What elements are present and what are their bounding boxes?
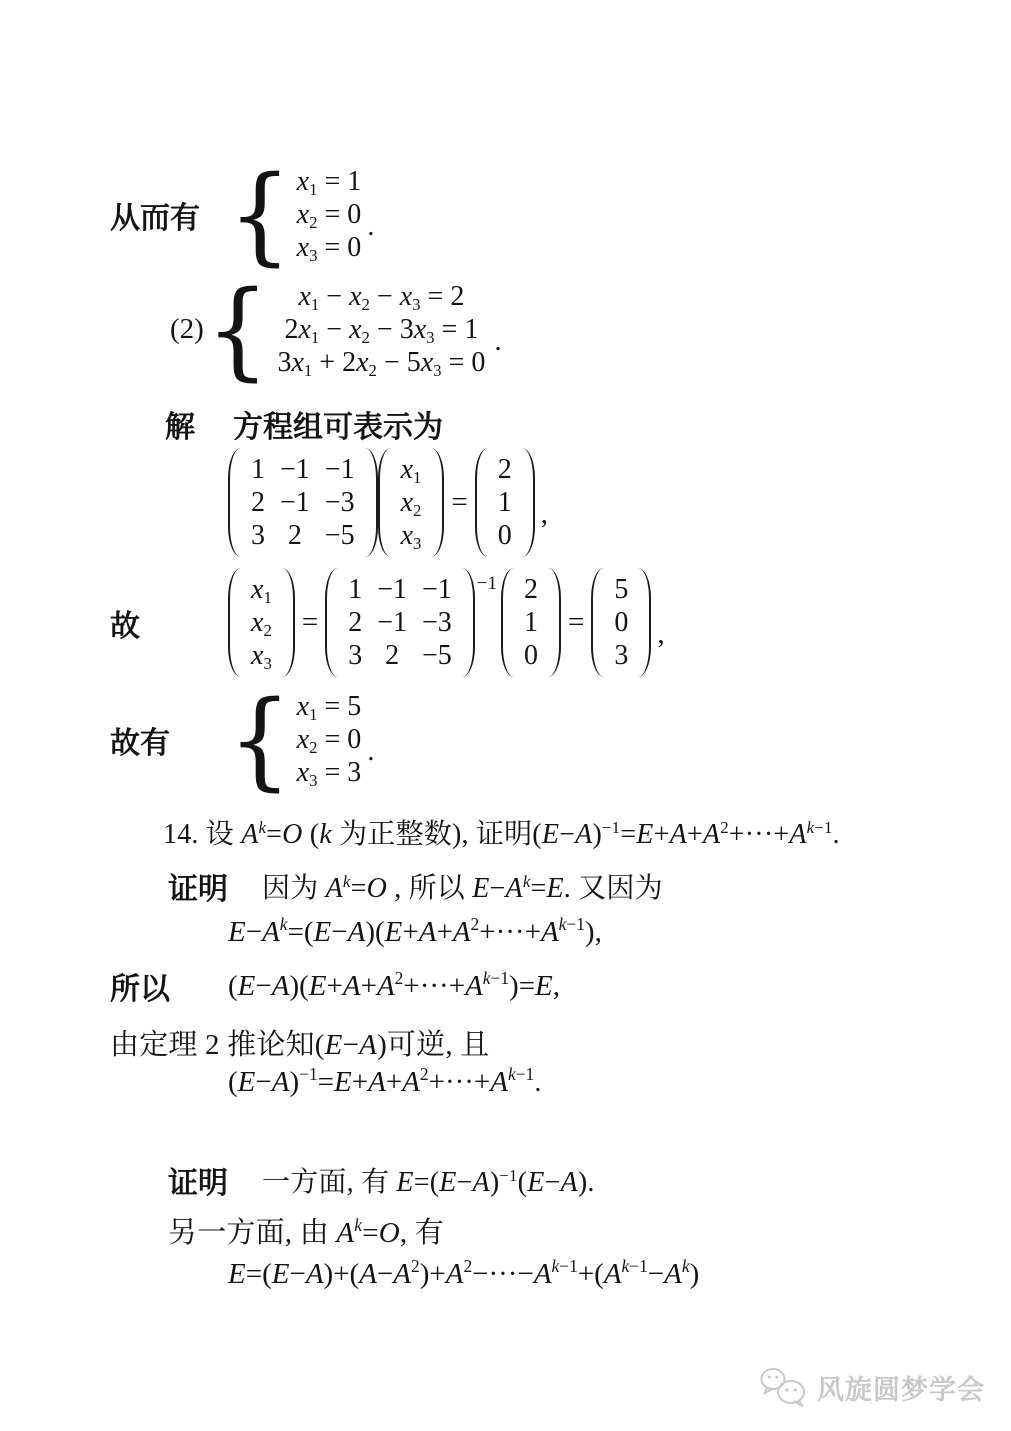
result-vector: 5 0 3 — [591, 568, 651, 677]
formula4: E=(E−A)+(A−A2)+A2−···−Ak−1+(Ak−1−Ak) — [228, 1258, 699, 1291]
therefore-label: 从而有 — [110, 193, 228, 237]
system-3: x1 = 5 x2 = 0 x3 = 3 — [228, 690, 361, 789]
matrix-cell: 1 — [251, 453, 265, 486]
vector-cell: x1 — [401, 453, 422, 486]
matrix-cell: −1 — [280, 486, 310, 519]
right-paren — [363, 448, 378, 557]
inverse-exponent: −1 — [477, 573, 497, 595]
matrix-cell: 2 — [288, 519, 302, 552]
right-paren — [636, 568, 651, 677]
coefficient-matrix-inverse: 1 −1 −1 2 −1 −3 3 2 −5 — [325, 568, 475, 677]
equation-line: x3 = 3 — [297, 756, 362, 789]
watermark-text: 风旋圆梦学会 — [817, 1368, 985, 1407]
vector-cell: 1 — [498, 486, 512, 519]
constant-vector: 2 1 0 — [501, 568, 561, 677]
line-suoyi: 所以 (E−A)(E+A+A2+···+Ak−1)=E, — [0, 964, 560, 1008]
matrix-cell: −5 — [325, 519, 355, 552]
line-formula1: E−Ak=(E−A)(E+A+A2+···+Ak−1), — [0, 916, 602, 949]
comma: , — [541, 498, 548, 531]
period: . — [367, 735, 374, 768]
comma: , — [657, 618, 664, 651]
line-item2-system: (2) x1 − x2 − x3 = 2 2x1 − x2 − 3x3 = 1 … — [0, 280, 502, 379]
proof-label: 证明 — [168, 1158, 228, 1202]
matrix-cell: −1 — [377, 573, 407, 606]
proof-label: 证明 — [168, 864, 228, 908]
matrix-cell: −3 — [325, 486, 355, 519]
solve-text: 方程组可表示为 — [233, 402, 443, 446]
item2-label: (2) — [170, 313, 204, 346]
line-formula3: (E−A)−1=E+A+A2+···+Ak−1. — [0, 1066, 542, 1099]
problem-14-text: 14. 设 Ak=O (k 为正整数), 证明(E−A)−1=E+A+A2+··… — [163, 812, 840, 852]
system-1: x1 = 1 x2 = 0 x3 = 0 — [228, 165, 361, 264]
matrix-cell: 3 — [251, 519, 265, 552]
matrix-cell: −5 — [422, 639, 452, 672]
left-paren — [228, 568, 243, 677]
matrix-cell: 2 — [251, 486, 265, 519]
matrix-cell: 1 — [348, 573, 362, 606]
so-label: 故 — [110, 601, 228, 645]
equation-line: x1 = 1 — [297, 165, 362, 198]
vector-cell: 2 — [524, 573, 538, 606]
equation-line: x1 = 5 — [297, 690, 362, 723]
line-proof2: 证明 一方面, 有 E=(E−A)−1(E−A). — [0, 1158, 595, 1202]
unknown-vector: x1 x2 x3 — [228, 568, 295, 677]
line-proof1: 证明 因为 Ak=O , 所以 E−Ak=E. 又因为 — [0, 864, 663, 908]
line-otherside: 另一方面, 由 Ak=O, 有 — [0, 1210, 444, 1251]
left-paren — [501, 568, 516, 677]
equation-line: x2 = 0 — [297, 723, 362, 756]
wechat-icon — [758, 1366, 808, 1408]
matrix-cell: −3 — [422, 606, 452, 639]
theorem-text: 由定理 2 推论知(E−A)可逆, 且 — [110, 1022, 489, 1063]
formula2: (E−A)(E+A+A2+···+Ak−1)=E, — [228, 970, 560, 1003]
line-matrix-eq2: 故 x1 x2 x3 = 1 −1 −1 2 −1 −3 3 2 −5 — [0, 568, 665, 677]
vector-cell: x3 — [401, 519, 422, 552]
vector-cell: 0 — [524, 639, 538, 672]
matrix-cell: 2 — [348, 606, 362, 639]
otherside-text: 另一方面, 由 Ak=O, 有 — [168, 1210, 444, 1251]
vector-cell: 1 — [524, 606, 538, 639]
proof1-text: 因为 Ak=O , 所以 E−Ak=E. 又因为 — [262, 866, 663, 906]
vector-cell: x2 — [401, 486, 422, 519]
equation-line: 2x1 − x2 − 3x3 = 1 — [274, 313, 488, 346]
constant-vector: 2 1 0 — [475, 448, 535, 557]
vector-cell: x2 — [251, 606, 272, 639]
right-paren — [460, 568, 475, 677]
line-solve: 解 方程组可表示为 — [0, 402, 443, 446]
matrix-cell: −1 — [377, 606, 407, 639]
left-paren — [378, 448, 393, 557]
equation-line: x1 − x2 − x3 = 2 — [274, 280, 488, 313]
equation-line: x3 = 0 — [297, 231, 362, 264]
right-paren — [429, 448, 444, 557]
document-page: 从而有 x1 = 1 x2 = 0 x3 = 0 . (2) x1 − x2 −… — [0, 0, 1011, 1431]
vector-cell: 3 — [614, 639, 628, 672]
equals-sign: = — [302, 606, 318, 639]
period: . — [494, 325, 501, 358]
line-theorem: 由定理 2 推论知(E−A)可逆, 且 — [0, 1022, 489, 1063]
left-paren — [228, 448, 243, 557]
line-problem-14: 14. 设 Ak=O (k 为正整数), 证明(E−A)−1=E+A+A2+··… — [0, 812, 840, 852]
equation-line: 3x1 + 2x2 − 5x3 = 0 — [274, 346, 488, 379]
left-paren — [591, 568, 606, 677]
proof2-text: 一方面, 有 E=(E−A)−1(E−A). — [262, 1160, 595, 1200]
matrix-cell: 2 — [385, 639, 399, 672]
right-paren — [546, 568, 561, 677]
line-therefore-system: 从而有 x1 = 1 x2 = 0 x3 = 0 . — [0, 165, 375, 264]
vector-cell: 0 — [614, 606, 628, 639]
solve-label: 解 — [165, 402, 195, 446]
line-hence-system: 故有 x1 = 5 x2 = 0 x3 = 3 . — [0, 690, 375, 789]
vector-cell: 0 — [498, 519, 512, 552]
suoyi-label: 所以 — [110, 964, 228, 1008]
right-paren — [280, 568, 295, 677]
matrix-cell: −1 — [325, 453, 355, 486]
line-matrix-eq1: 1 −1 −1 2 −1 −3 3 2 −5 x1 x2 x3 = — [0, 448, 548, 557]
left-paren — [475, 448, 490, 557]
system-2: x1 − x2 − x3 = 2 2x1 − x2 − 3x3 = 1 3x1 … — [206, 280, 489, 379]
vector-cell: x3 — [251, 639, 272, 672]
watermark: 风旋圆梦学会 — [758, 1366, 985, 1408]
equation-line: x2 = 0 — [297, 198, 362, 231]
matrix-cell: 3 — [348, 639, 362, 672]
left-paren — [325, 568, 340, 677]
period: . — [367, 210, 374, 243]
matrix-cell: −1 — [280, 453, 310, 486]
vector-cell: x1 — [251, 573, 272, 606]
vector-cell: 2 — [498, 453, 512, 486]
matrix-cell: −1 — [422, 573, 452, 606]
unknown-vector: x1 x2 x3 — [378, 448, 445, 557]
equals-sign: = — [568, 606, 584, 639]
hence-label: 故有 — [110, 718, 228, 762]
formula1: E−Ak=(E−A)(E+A+A2+···+Ak−1), — [228, 916, 602, 949]
line-formula4: E=(E−A)+(A−A2)+A2−···−Ak−1+(Ak−1−Ak) — [0, 1258, 699, 1291]
coefficient-matrix: 1 −1 −1 2 −1 −3 3 2 −5 — [228, 448, 378, 557]
right-paren — [520, 448, 535, 557]
equals-sign: = — [451, 486, 467, 519]
formula3: (E−A)−1=E+A+A2+···+Ak−1. — [228, 1066, 542, 1099]
vector-cell: 5 — [614, 573, 628, 606]
